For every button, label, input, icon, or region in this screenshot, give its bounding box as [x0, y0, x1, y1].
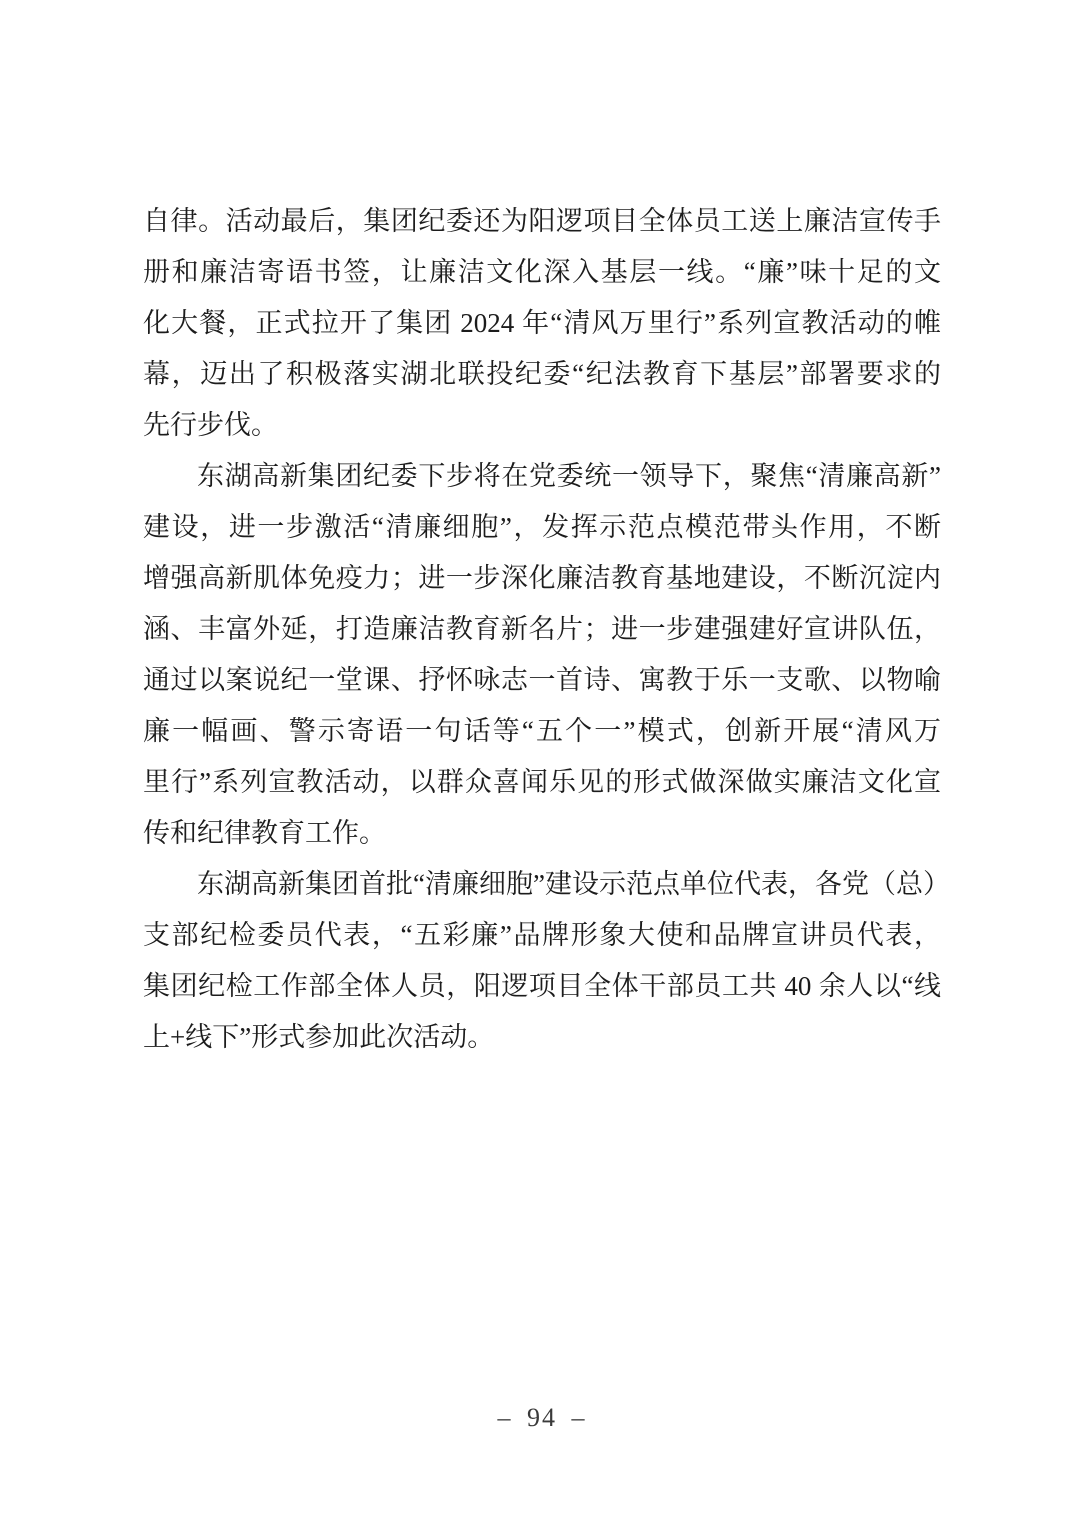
text-line: 东湖高新集团首批“清廉细胞”建设示范点单位代表，各党（总）	[143, 859, 941, 910]
text-line: 通过以案说纪一堂课、抒怀咏志一首诗、寓教于乐一支歌、以物喻	[143, 655, 941, 706]
text-line: 册和廉洁寄语书签，让廉洁文化深入基层一线。“廉”味十足的文	[143, 247, 941, 298]
page-footer: – 94 –	[143, 1398, 941, 1438]
text-line: 幕，迈出了积极落实湖北联投纪委“纪法教育下基层”部署要求的	[143, 349, 941, 400]
text-line: 廉一幅画、警示寄语一句话等“五个一”模式，创新开展“清风万	[143, 706, 941, 757]
text-line: 集团纪检工作部全体人员，阳逻项目全体干部员工共 40 余人以“线	[143, 961, 941, 1012]
text-line: 支部纪检委员代表，“五彩廉”品牌形象大使和品牌宣讲员代表，	[143, 910, 941, 961]
text-line: 上+线下”形式参加此次活动。	[143, 1012, 941, 1063]
text-line: 增强高新肌体免疫力；进一步深化廉洁教育基地建设，不断沉淀内	[143, 553, 941, 604]
text-line: 东湖高新集团纪委下步将在党委统一领导下，聚焦“清廉高新”	[143, 451, 941, 502]
text-line: 先行步伐。	[143, 400, 941, 451]
paragraph-1: 自律。活动最后，集团纪委还为阳逻项目全体员工送上廉洁宣传手 册和廉洁寄语书签，让…	[143, 196, 941, 451]
text-line: 涵、丰富外延，打造廉洁教育新名片；进一步建强建好宣讲队伍，	[143, 604, 941, 655]
text-line: 自律。活动最后，集团纪委还为阳逻项目全体员工送上廉洁宣传手	[143, 196, 941, 247]
text-line: 里行”系列宣教活动，以群众喜闻乐见的形式做深做实廉洁文化宣	[143, 757, 941, 808]
text-line: 建设，进一步激活“清廉细胞”，发挥示范点模范带头作用，不断	[143, 502, 941, 553]
page-body-text: 自律。活动最后，集团纪委还为阳逻项目全体员工送上廉洁宣传手 册和廉洁寄语书签，让…	[143, 196, 941, 1063]
text-line: 传和纪律教育工作。	[143, 808, 941, 859]
paragraph-3: 东湖高新集团首批“清廉细胞”建设示范点单位代表，各党（总） 支部纪检委员代表，“…	[143, 859, 941, 1063]
document-page: 自律。活动最后，集团纪委还为阳逻项目全体员工送上廉洁宣传手 册和廉洁寄语书签，让…	[0, 0, 1074, 1520]
page-number: – 94 –	[498, 1403, 587, 1432]
text-line: 化大餐，正式拉开了集团 2024 年“清风万里行”系列宣教活动的帷	[143, 298, 941, 349]
paragraph-2: 东湖高新集团纪委下步将在党委统一领导下，聚焦“清廉高新” 建设，进一步激活“清廉…	[143, 451, 941, 859]
